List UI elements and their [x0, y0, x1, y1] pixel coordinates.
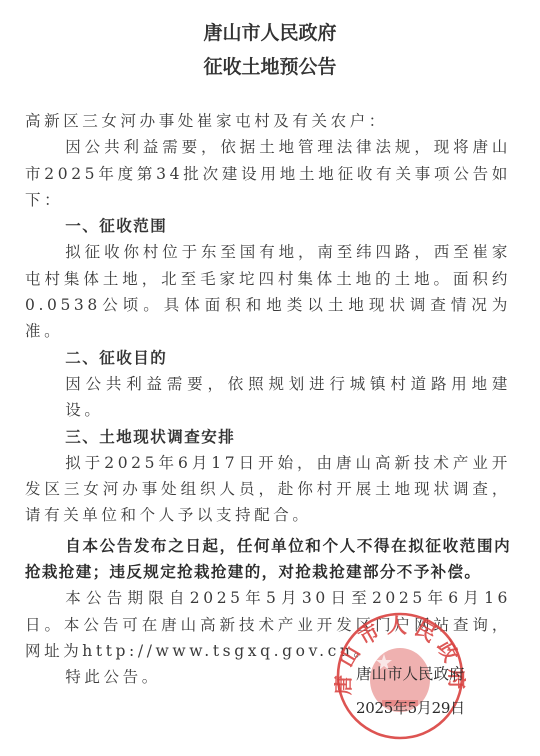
section-text-scope: 拟征收你村位于东至国有地，南至纬四路，西至崔家屯村集体土地，北至毛家坨四村集体土…: [25, 239, 511, 344]
document-title-line2: 征收土地预公告: [0, 52, 540, 79]
warning-paragraph: 自本公告发布之日起，任何单位和个人不得在拟征收范围内抢栽抢建；违反规定抢栽抢建的…: [25, 533, 511, 586]
section-text-purpose: 因公共利益需要，依照规划进行城镇村道路用地建设。: [25, 371, 511, 424]
section-text-survey: 拟于2025年6月17日开始，由唐山高新技术产业开发区三女河办事处组织人员，赴你…: [25, 450, 511, 529]
signature-organization: 唐山市人民政府: [356, 662, 465, 684]
document-title-line1: 唐山市人民政府: [0, 18, 540, 45]
addressee: 高新区三女河办事处崔家屯村及有关农户：: [25, 108, 511, 134]
section-heading-survey: 三、土地现状调查安排: [25, 424, 511, 450]
section-heading-scope: 一、征收范围: [25, 213, 511, 239]
signature-date: 2025年5月29日: [356, 697, 465, 718]
document-body: 高新区三女河办事处崔家屯村及有关农户： 因公共利益需要，依据土地管理法律法规，现…: [25, 108, 511, 691]
intro-paragraph: 因公共利益需要，依据土地管理法律法规，现将唐山市2025年度第34批次建设用地土…: [25, 134, 511, 213]
section-heading-purpose: 二、征收目的: [25, 345, 511, 371]
